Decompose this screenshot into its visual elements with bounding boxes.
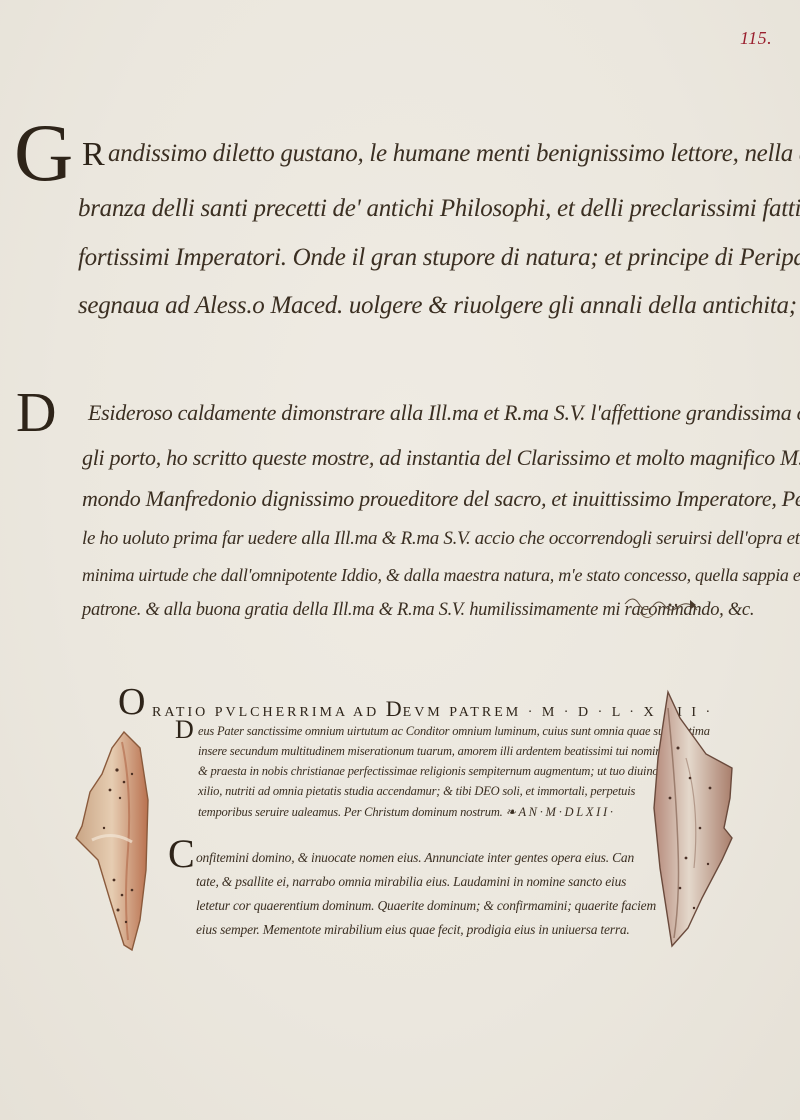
text-line: Esideroso caldamente dimonstrare alla Il…: [88, 400, 800, 426]
text-line: segnaua ad Aless.o Maced. uolgere & riuo…: [78, 292, 800, 320]
text-line: le ho uoluto prima far uedere alla Ill.m…: [82, 528, 800, 550]
chrysalis-left-illustration-icon: [62, 730, 162, 960]
prayer-title-d: D: [386, 696, 403, 721]
text-line: onfitemini domino, & inuocate nomen eius…: [196, 850, 634, 866]
prayer-title: RATIO PVLCHERRIMA AD DEVM PATREM · M · D…: [152, 696, 713, 722]
sub-initial-d: D: [175, 717, 194, 743]
folio-number: 115.: [740, 28, 772, 49]
manuscript-page: 115. G R andissimo diletto gustano, le h…: [0, 0, 800, 1120]
text-line: mondo Manfredonio dignissimo proueditore…: [82, 486, 800, 512]
text-line: minima uirtude che dall'omnipotente Iddi…: [82, 565, 800, 586]
text-line: andissimo diletto gustano, le humane men…: [108, 140, 800, 168]
ornamental-flourish-icon: [620, 592, 715, 632]
text-line: eus Pater sanctissime omnium uirtutum ac…: [198, 724, 710, 739]
second-cap-r: R: [82, 138, 105, 172]
drop-cap-d: D: [16, 385, 56, 441]
chrysalis-right-illustration-icon: [650, 688, 740, 953]
text-line: letetur cor quaerentium dominum. Quaerit…: [196, 898, 656, 914]
text-line: temporibus seruire ualeamus. Per Christu…: [198, 804, 613, 820]
drop-cap-c: C: [168, 834, 195, 874]
text-line: xilio, nutriti ad omnia pietatis studia …: [198, 784, 635, 799]
drop-cap-g: G: [14, 112, 73, 194]
text-line: branza delli santi precetti de' antichi …: [78, 195, 800, 223]
text-line: tate, & psallite ei, narrabo omnia mirab…: [196, 874, 626, 890]
text-line: & praesta in nobis christianae perfectis…: [198, 764, 673, 779]
text-line: fortissimi Imperatori. Onde il gran stup…: [78, 244, 800, 272]
text-line: eius semper. Mementote mirabilium eius q…: [196, 922, 630, 938]
text-line: insere secundum multitudinem miserationu…: [198, 744, 672, 759]
drop-cap-o: O: [118, 683, 145, 721]
text-line: gli porto, ho scritto queste mostre, ad …: [82, 445, 800, 471]
